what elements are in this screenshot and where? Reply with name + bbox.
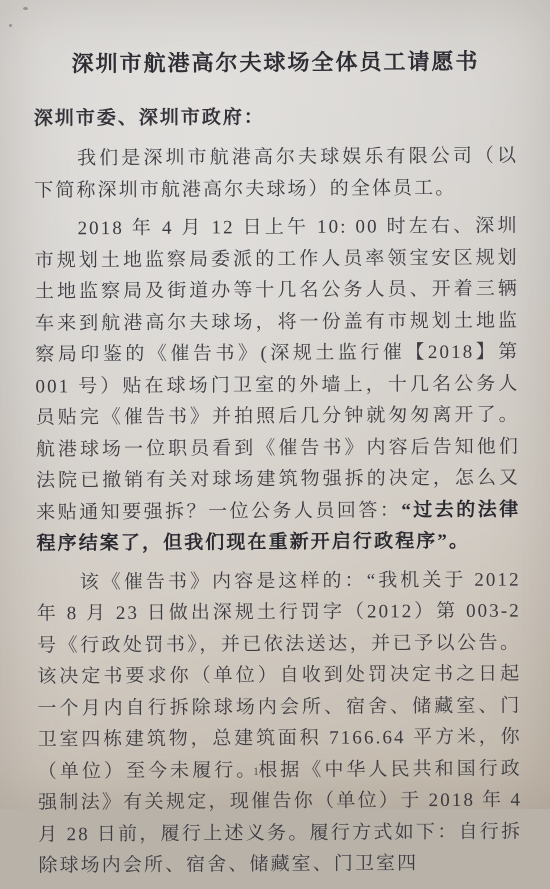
page-number: 1 [0, 764, 512, 779]
document-body: 我们是深圳市航港高尔夫球娱乐有限公司（以下简称深圳市航港高尔夫球场）的全体员工。… [34, 141, 523, 809]
paper-speck [9, 24, 12, 27]
document-content: 深圳市航港高尔夫球场全体员工请愿书 深圳市委、深圳市政府： 我们是深圳市航港高尔… [33, 45, 522, 809]
paper-speck [23, 7, 28, 10]
text-segment: 我们是深圳市航港高尔夫球娱乐有限公司（以下简称深圳市航港高尔夫球场）的全体员工。 [34, 146, 518, 201]
salutation-line: 深圳市委、深圳市政府： [34, 101, 518, 135]
paragraph: 2018 年 4 月 12 日上午 10: 00 时左右、深圳市规划土地监察局委… [34, 211, 520, 560]
paragraph: 我们是深圳市航港高尔夫球娱乐有限公司（以下简称深圳市航港高尔夫球场）的全体员工。 [34, 141, 518, 207]
document-title: 深圳市航港高尔夫球场全体员工请愿书 [33, 45, 517, 79]
scanned-paper-page: 深圳市航港高尔夫球场全体员工请愿书 深圳市委、深圳市政府： 我们是深圳市航港高尔… [0, 0, 550, 809]
text-segment: 2018 年 4 月 12 日上午 10: 00 时左右、深圳市规划土地监察局委… [35, 216, 520, 523]
